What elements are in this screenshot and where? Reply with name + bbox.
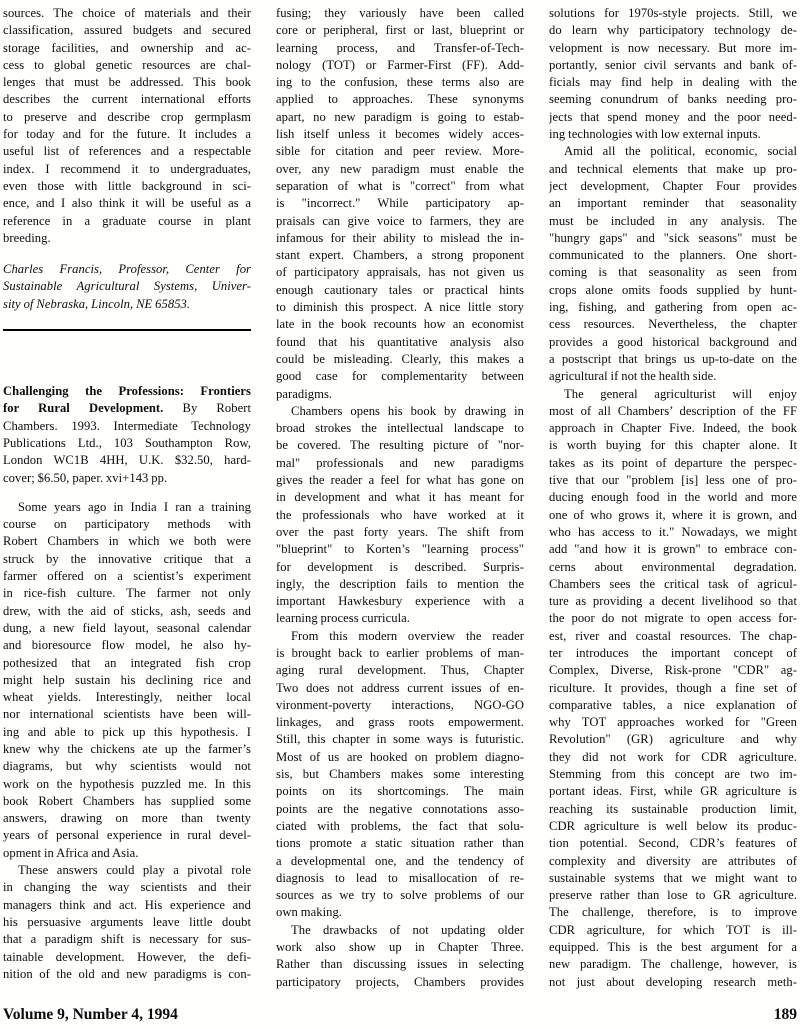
- text-line: Publications Ltd., 103 Southampton Row,: [3, 435, 251, 452]
- text-line: opment in Africa and Asia.: [3, 845, 251, 862]
- text-line: own making.: [276, 904, 524, 921]
- text-line: describes the current international effo…: [3, 91, 251, 108]
- text-line: that a paradigm shift is necessary for s…: [3, 931, 251, 948]
- text-line: London WC1B 4HH, U.K. $32.50, hard-: [3, 452, 251, 469]
- review-paragraph: solutions for 1970s-style projects. Stil…: [549, 5, 797, 143]
- text-line: applied to approaches. These synonyms: [276, 91, 524, 108]
- text-line: in development and what it has meant for: [276, 489, 524, 506]
- vertical-gap: [3, 247, 251, 261]
- text-line: the poor do not migrate to open access f…: [549, 610, 797, 627]
- text-line: sity of Nebraska, Lincoln, NE 65853.: [3, 296, 251, 313]
- text-line: to preserve and describe crop germplasm: [3, 109, 251, 126]
- text-line: Charles Francis, Professor, Center for: [3, 261, 251, 278]
- text-line: solutions for 1970s-style projects. Stil…: [549, 5, 797, 22]
- text-line: one of who grows it, where it is grown, …: [549, 507, 797, 524]
- review-continuation-paragraph: sources. The choice of materials and the…: [3, 5, 251, 247]
- text-line: useful list of references and a respecta…: [3, 143, 251, 160]
- text-line: might help sustain his declining rice an…: [3, 672, 251, 689]
- text-line: dung, a new field layout, seasonal calen…: [3, 620, 251, 637]
- text-line: riculture. It provides, though a fine se…: [549, 680, 797, 697]
- text-line: is worth buying for this chapter alone. …: [549, 437, 797, 454]
- text-line: Two does not address current issues of e…: [276, 680, 524, 697]
- text-line: praisals can give voice to farmers, they…: [276, 213, 524, 230]
- journal-page: sources. The choice of materials and the…: [0, 0, 800, 1029]
- text-line: Chambers sees the critical task of agric…: [549, 576, 797, 593]
- text-line: not just about developing research meth-: [549, 974, 797, 991]
- text-line: Chambers. 1993. Intermediate Technology: [3, 418, 251, 435]
- text-line: diagnosis to lead to misallocation of re…: [276, 870, 524, 887]
- text-line: most of all Chambers’ description of the…: [549, 403, 797, 420]
- text-segment: Challenging the Professions: Frontiers: [3, 384, 251, 398]
- text-line: nition of the old and new paradigms is c…: [3, 966, 251, 983]
- text-line: who has access to it." Nowadays, we migh…: [549, 524, 797, 541]
- text-line: equipped. This is the best argument for …: [549, 939, 797, 956]
- text-line: ter introduces the important concept of: [549, 645, 797, 662]
- text-line: over the past forty years. The shift fro…: [276, 524, 524, 541]
- text-line: core or peripheral, first or last, bluep…: [276, 22, 524, 39]
- text-line: the professionals who have worked at it: [276, 507, 524, 524]
- text-line: of participatory appraisals, has not giv…: [276, 264, 524, 281]
- text-line: Sustainable Agricultural Systems, Univer…: [3, 278, 251, 295]
- text-line: Chambers opens his book by drawing in: [276, 403, 524, 420]
- text-line: his persuasive arguments leave little do…: [3, 914, 251, 931]
- text-line: for today and for the future. It include…: [3, 126, 251, 143]
- text-line: nor international scientists have been w…: [3, 706, 251, 723]
- review-paragraph: Some years ago in India I ran a training…: [3, 499, 251, 862]
- text-line: seeming conundrum of banks needing pro-: [549, 91, 797, 108]
- text-line: be covered. The resulting picture of "no…: [276, 437, 524, 454]
- text-line: fusing; they variously have been called: [276, 5, 524, 22]
- text-line: wheat yields. Interestingly, neither loc…: [3, 689, 251, 706]
- text-line: cess resources. Nevertheless, the chapte…: [549, 316, 797, 333]
- text-line: ence, and I also think it will be useful…: [3, 195, 251, 212]
- text-line: tion potential. Second, CDR’s features o…: [549, 835, 797, 852]
- text-line: work also show up in Chapter Three.: [276, 939, 524, 956]
- text-line: complexity and diversity are attributes …: [549, 853, 797, 870]
- text-line: CDR agriculture is well below its produc…: [549, 818, 797, 835]
- review-paragraph: Amid all the political, economic, social…: [549, 143, 797, 385]
- text-line: even those with little background in sci…: [3, 178, 251, 195]
- text-segment: for Rural Development.: [3, 401, 163, 415]
- text-line: and bioresource flow model, he also hy-: [3, 637, 251, 654]
- page-number: 189: [774, 1006, 797, 1024]
- text-line: stant expert. Chambers, a strong propone…: [276, 247, 524, 264]
- text-line: answers, drawing on more than twenty: [3, 810, 251, 827]
- text-line: new paradigm. The challenge, however, is: [549, 956, 797, 973]
- reviewer-byline: Charles Francis, Professor, Center forSu…: [3, 261, 251, 313]
- text-line: could be misleading. Clearly, this makes…: [276, 351, 524, 368]
- text-line: ing to the confusion, these terms also a…: [276, 74, 524, 91]
- text-line: mal" professionals and new paradigms: [276, 455, 524, 472]
- vertical-gap: [3, 331, 251, 383]
- text-line: provides a good historical background an…: [549, 334, 797, 351]
- review-paragraph: The general agriculturist will enjoymost…: [549, 386, 797, 991]
- text-line: broad strokes the intellectual landscape…: [276, 420, 524, 437]
- text-line: sis, but Chambers makes some interesting: [276, 766, 524, 783]
- text-line: points are the negative connotations ass…: [276, 801, 524, 818]
- text-line: struck by the innovative critique that a: [3, 551, 251, 568]
- text-line: learning process, and Transfer-of-Tech-: [276, 40, 524, 57]
- text-line: portant ideas. First, while GR agricultu…: [549, 783, 797, 800]
- review-paragraph: fusing; they variously have been calledc…: [276, 5, 524, 403]
- text-line: From this modern overview the reader: [276, 628, 524, 645]
- text-line: Most of us are hooked on problem diagno-: [276, 749, 524, 766]
- text-line: tainable development. However, the defi-: [3, 949, 251, 966]
- volume-info: Volume 9, Number 4, 1994: [3, 1006, 178, 1024]
- text-line: infamous for their ability to mislead th…: [276, 230, 524, 247]
- text-line: good case for complementarity between: [276, 368, 524, 385]
- text-line: jects that spend money and the poor need…: [549, 109, 797, 126]
- text-line: CDR agriculture, for which TOT is ill-: [549, 922, 797, 939]
- text-line: ingly, the description fails to mention …: [276, 576, 524, 593]
- text-line: is brought back to earlier problems of m…: [276, 645, 524, 662]
- text-line: Revolution" (GR) agriculture and why: [549, 731, 797, 748]
- text-line: ing and able to pick up this hypothesis.…: [3, 724, 251, 741]
- text-line: years of personal experience in rural de…: [3, 827, 251, 844]
- text-line: course on participatory methods with: [3, 516, 251, 533]
- text-line: reference in a graduate course in plant: [3, 213, 251, 230]
- text-line: comparative tables, a nice explanation o…: [549, 697, 797, 714]
- text-line: participatory projects, Chambers provide…: [276, 974, 524, 991]
- review-paragraph: These answers could play a pivotal rolei…: [3, 862, 251, 983]
- text-line: est, river and coastal resources. The ch…: [549, 628, 797, 645]
- text-line: do learn why participatory technology de…: [549, 22, 797, 39]
- text-line: is "incorrect." While participatory ap-: [276, 195, 524, 212]
- text-line: cess to global genetic resources are cha…: [3, 57, 251, 74]
- text-line: book Robert Chambers has supplied some: [3, 793, 251, 810]
- text-line: Amid all the political, economic, social: [549, 143, 797, 160]
- text-line: paradigms.: [276, 386, 524, 403]
- text-line: lish itself unless it becomes widely acc…: [276, 126, 524, 143]
- text-line: found that his quantitative analysis als…: [276, 334, 524, 351]
- text-line: breeding.: [3, 230, 251, 247]
- text-line: a developmental one, and the tendency of: [276, 853, 524, 870]
- text-line: for Rural Development. By Robert: [3, 400, 251, 417]
- text-line: cerns about environmental degradation.: [549, 559, 797, 576]
- text-line: The general agriculturist will enjoy: [549, 386, 797, 403]
- text-line: for development is described. Surpris-: [276, 559, 524, 576]
- text-line: reaching its sustainable production limi…: [549, 801, 797, 818]
- text-line: over, any new paradigm must enable the: [276, 161, 524, 178]
- text-line: aging rural development. Thus, Chapter: [276, 662, 524, 679]
- text-line: Stemming from this concept are two im-: [549, 766, 797, 783]
- text-line: gives the reader a feel for what has gon…: [276, 472, 524, 489]
- text-line: an important reminder that seasonality: [549, 195, 797, 212]
- text-line: learning process curricula.: [276, 610, 524, 627]
- text-line: farmer offered on a scientist’s experime…: [3, 568, 251, 585]
- text-line: These answers could play a pivotal role: [3, 862, 251, 879]
- text-line: to diminish this prospect. A nice little…: [276, 299, 524, 316]
- text-segment: By Robert: [163, 401, 251, 415]
- text-line: Robert Chambers in which we both were: [3, 533, 251, 550]
- text-line: apart, no new paradigm is going to estab…: [276, 109, 524, 126]
- text-line: pothesized that an integrated fish crop: [3, 655, 251, 672]
- text-line: Challenging the Professions: Frontiers: [3, 383, 251, 400]
- text-line: ing, fishing, and gathering from open ac…: [549, 299, 797, 316]
- text-line: why TOT approaches worked for "Green: [549, 714, 797, 731]
- text-line: ciated with problems, the fact that solu…: [276, 818, 524, 835]
- page-footer: Volume 9, Number 4, 1994 189: [3, 1006, 797, 1024]
- column-middle: fusing; they variously have been calledc…: [276, 5, 524, 995]
- text-line: sources as we try to solve problems of o…: [276, 887, 524, 904]
- column-right: solutions for 1970s-style projects. Stil…: [549, 5, 797, 995]
- review-paragraph: The drawbacks of not updating olderwork …: [276, 922, 524, 991]
- text-line: sources. The choice of materials and the…: [3, 5, 251, 22]
- text-line: add "and how it is grown" to embrace con…: [549, 541, 797, 558]
- column-left: sources. The choice of materials and the…: [3, 5, 251, 995]
- text-line: ject development, Chapter Four provides: [549, 178, 797, 195]
- text-line: "blueprint" to Korten’s "learning proces…: [276, 541, 524, 558]
- text-line: and technical elements that make up pro-: [549, 161, 797, 178]
- text-line: coming is that seasonality as seen from: [549, 264, 797, 281]
- text-line: in rice-fish culture. The farmer not onl…: [3, 585, 251, 602]
- vertical-gap: [3, 487, 251, 499]
- text-line: velopment is now necessary. But more im-: [549, 40, 797, 57]
- text-line: Still, this chapter in some ways is futu…: [276, 731, 524, 748]
- text-line: important Hawkesbury experience with a: [276, 593, 524, 610]
- text-line: in changing the way scientists and their: [3, 879, 251, 896]
- book-citation: Challenging the Professions: Frontiersfo…: [3, 383, 251, 487]
- text-line: ficials may find help in dealing with th…: [549, 74, 797, 91]
- text-line: classification, assured budgets and secu…: [3, 22, 251, 39]
- text-line: diagrams, but why scientists would not: [3, 758, 251, 775]
- text-line: agricultural if not the health side.: [549, 368, 797, 385]
- text-line: Complex, Diverse, Risk-prone "CDR" ag-: [549, 662, 797, 679]
- text-line: managers think and act. His experience a…: [3, 897, 251, 914]
- review-paragraph: From this modern overview the readeris b…: [276, 628, 524, 922]
- text-line: ture as providing a decent livelihood so…: [549, 593, 797, 610]
- text-line: nology (TOT) or Farmer-First (FF). Add-: [276, 57, 524, 74]
- text-line: late in the book recounts how an economi…: [276, 316, 524, 333]
- text-line: they did not work for CDR agriculture.: [549, 749, 797, 766]
- text-line: Rather than discussing issues in selecti…: [276, 956, 524, 973]
- text-line: preserve rather than lose to GR agricult…: [549, 887, 797, 904]
- text-line: cover; $6.50, paper. xvi+143 pp.: [3, 470, 251, 487]
- text-line: lenges that must be addressed. This book: [3, 74, 251, 91]
- text-line: vironment-poverty interactions, NGO-GO: [276, 697, 524, 714]
- text-columns: sources. The choice of materials and the…: [3, 5, 797, 995]
- text-line: "hungry gaps" and "sick seasons" must be: [549, 230, 797, 247]
- text-line: enough cautionary tales or practical hin…: [276, 282, 524, 299]
- text-line: sustainable systems that we might want t…: [549, 870, 797, 887]
- text-line: ducing enough food in the world and more: [549, 489, 797, 506]
- vertical-gap: [3, 313, 251, 327]
- text-line: storage facilities, and ownership and ac…: [3, 40, 251, 57]
- text-line: takes as its point of departure the pers…: [549, 455, 797, 472]
- text-line: Some years ago in India I ran a training: [3, 499, 251, 516]
- text-line: portantly, senior civil servants and ban…: [549, 57, 797, 74]
- text-line: tions promote a static situation rather …: [276, 835, 524, 852]
- text-line: knew why the chickens ate up the farmer’…: [3, 741, 251, 758]
- text-line: drew, with the aid of sticks, ash, seeds…: [3, 603, 251, 620]
- text-line: approach in Chapter Five. Indeed, the bo…: [549, 420, 797, 437]
- text-line: work on the hypothesis puzzled me. In th…: [3, 776, 251, 793]
- text-line: separation of what is "correct" from wha…: [276, 178, 524, 195]
- text-line: crops alone omits foods supplied by hunt…: [549, 282, 797, 299]
- text-line: tive that our "problem [is] less one of …: [549, 472, 797, 489]
- text-line: sible for citation and peer review. More…: [276, 143, 524, 160]
- text-line: communicated to the planners. One short-: [549, 247, 797, 264]
- review-paragraph: Chambers opens his book by drawing inbro…: [276, 403, 524, 628]
- text-line: index. I recommend it to undergraduates,: [3, 161, 251, 178]
- text-line: must be included in any analysis. The: [549, 213, 797, 230]
- text-line: The drawbacks of not updating older: [276, 922, 524, 939]
- text-line: linkages, and grass roots empowerment.: [276, 714, 524, 731]
- text-line: a postscript that brings us up-to-date o…: [549, 351, 797, 368]
- text-line: ing technologies with low external input…: [549, 126, 797, 143]
- text-line: points on its shortcomings. The main: [276, 783, 524, 800]
- text-line: The challenge, therefore, is to improve: [549, 904, 797, 921]
